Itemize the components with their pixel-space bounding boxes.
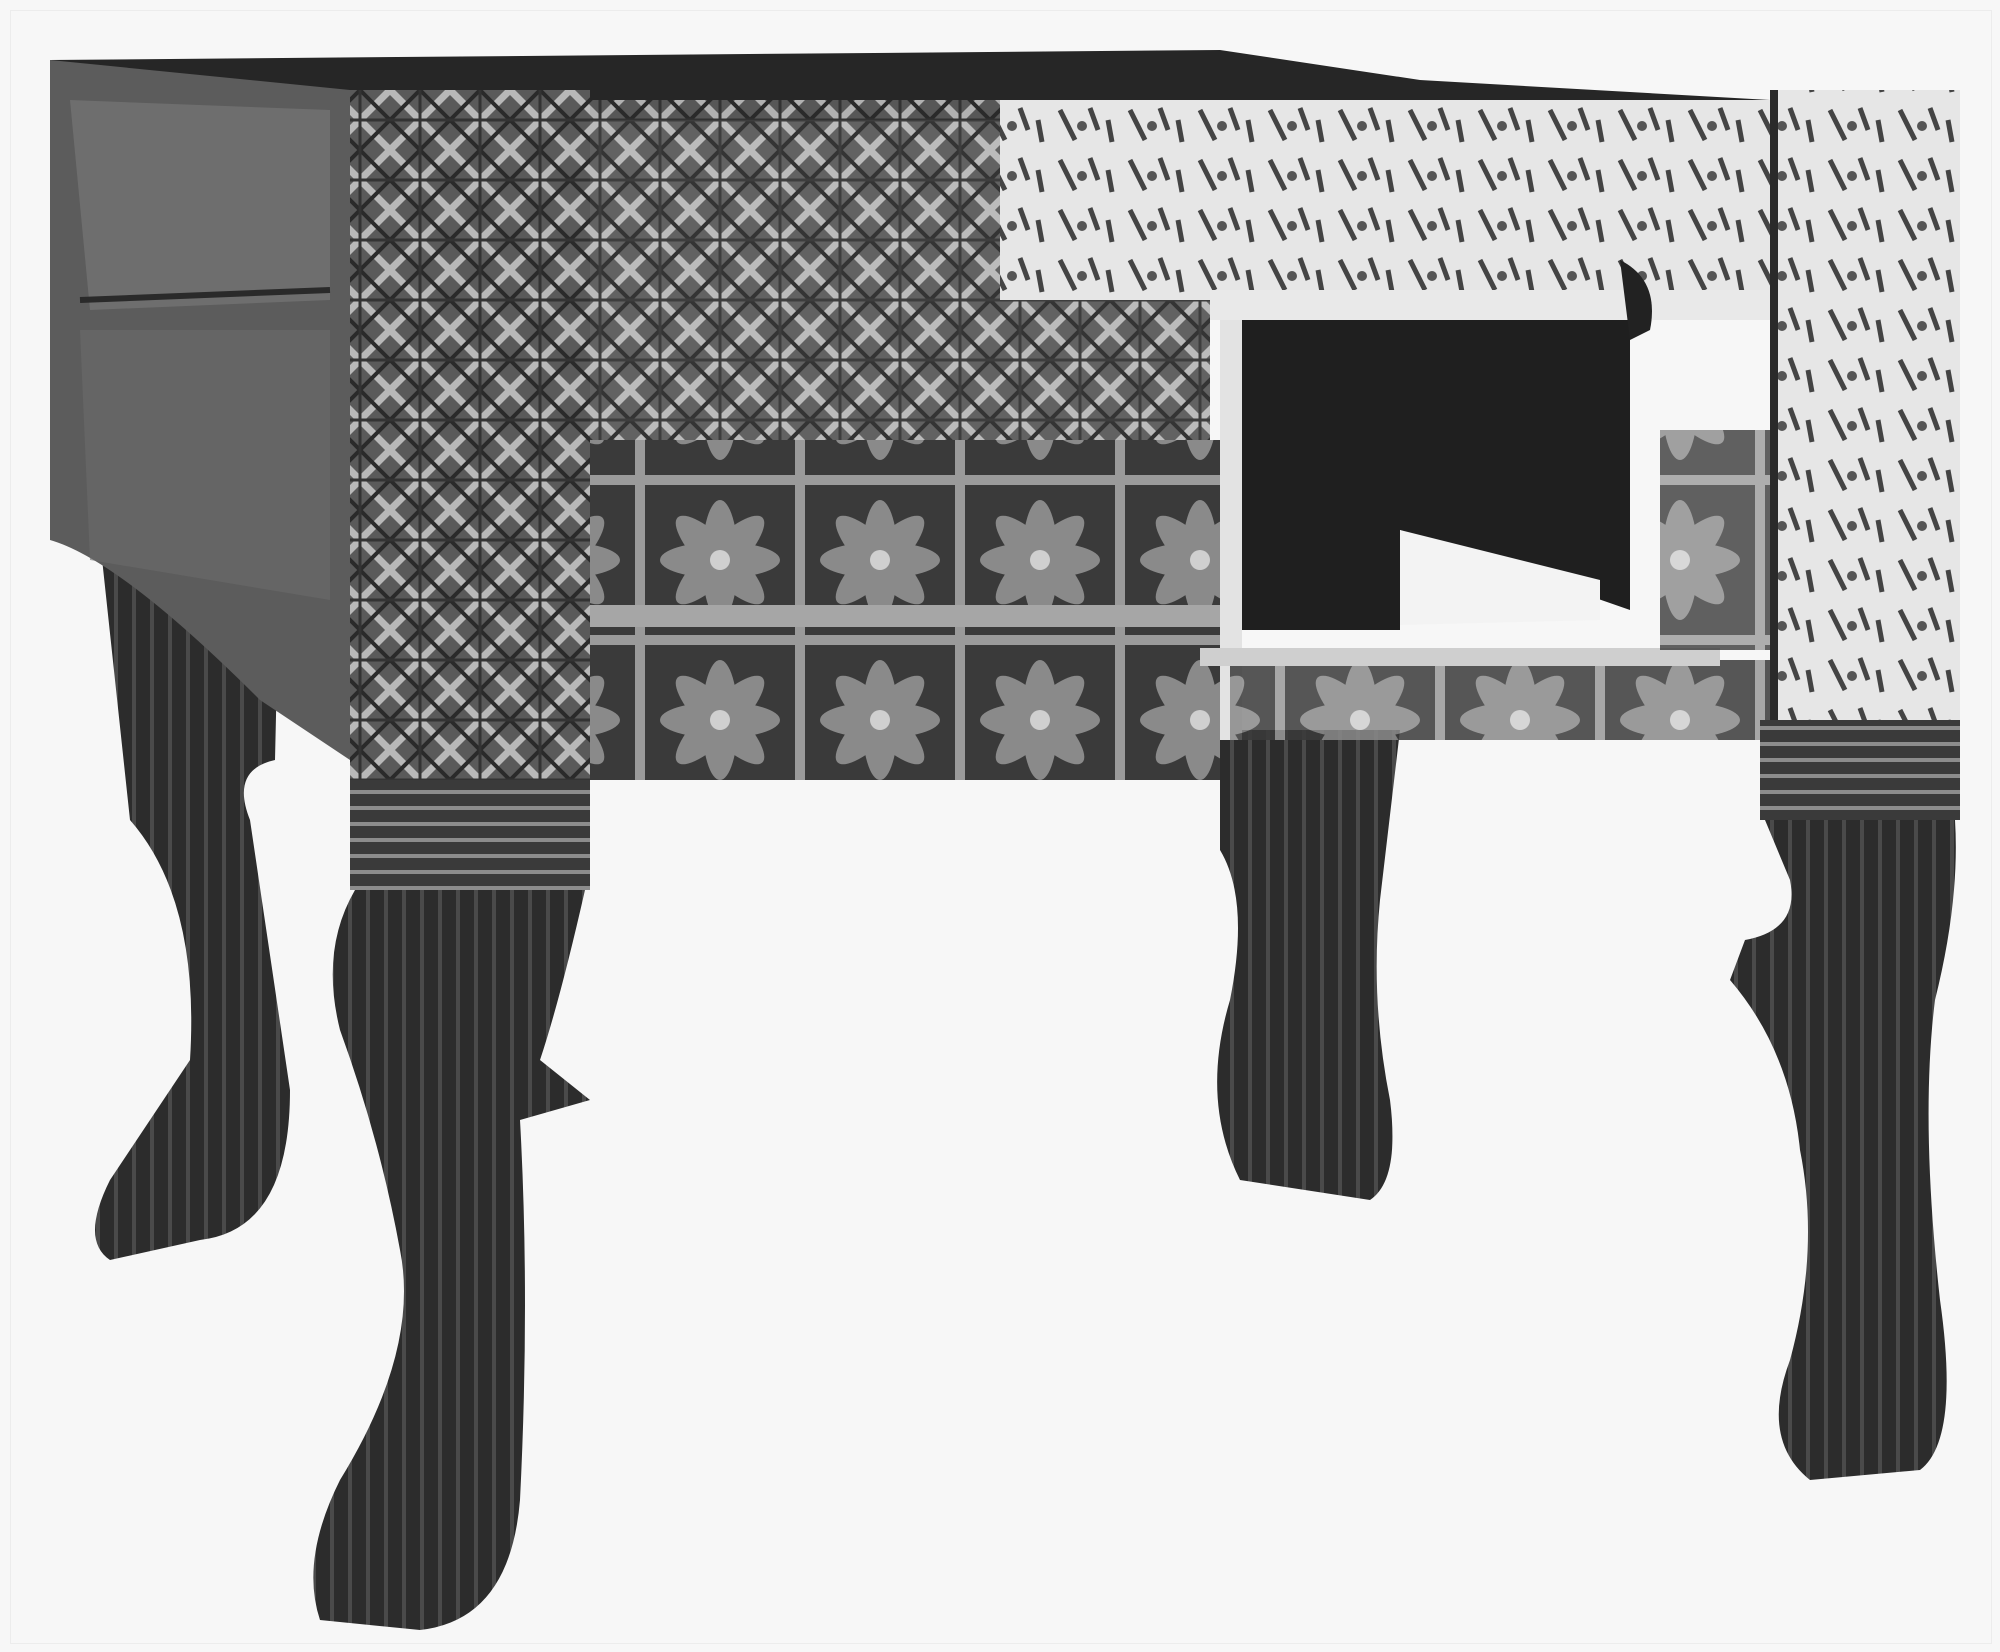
right-lower-panel — [1230, 660, 1770, 740]
front-right-collar — [1760, 720, 1960, 820]
right-carved-border — [1770, 90, 1960, 730]
carved-chest-photo — [0, 0, 2000, 1652]
front-left-collar — [350, 780, 590, 890]
back-right-leg — [1217, 730, 1400, 1200]
upper-right-carved-panel — [1000, 100, 1770, 300]
left-carved-border — [350, 90, 590, 780]
